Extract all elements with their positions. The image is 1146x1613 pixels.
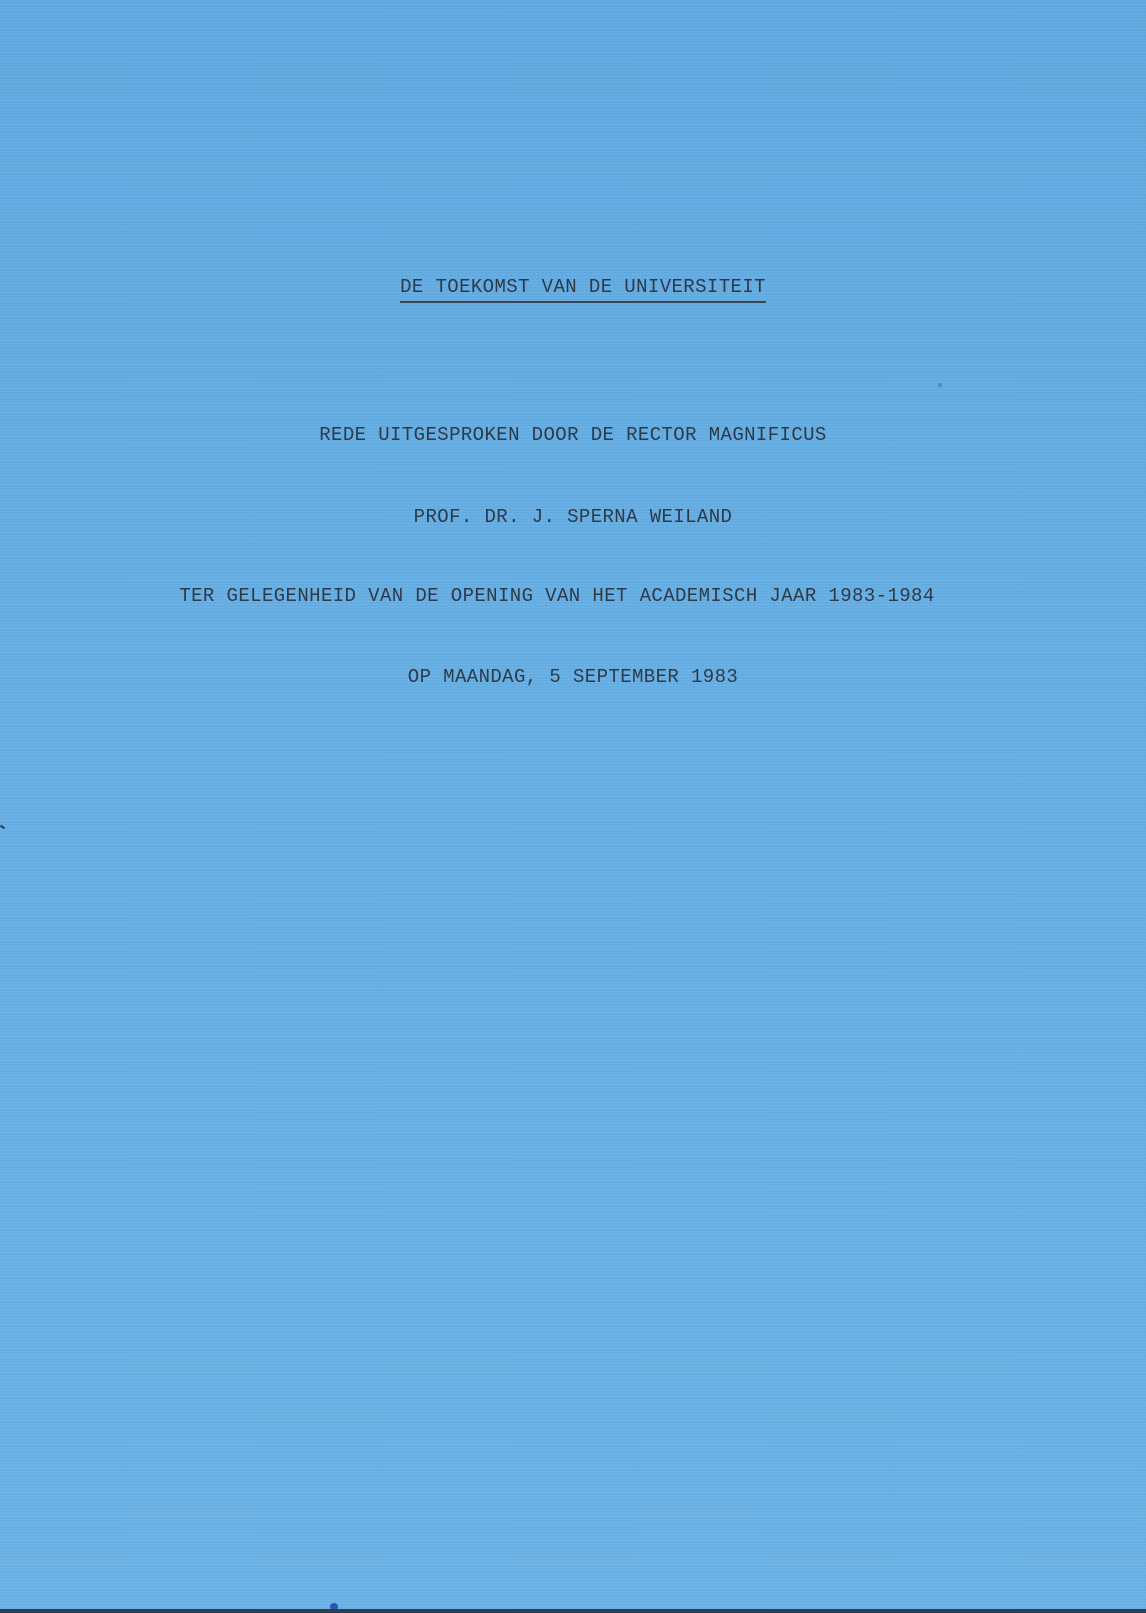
document-title: DE TOEKOMST VAN DE UNIVERSITEIT xyxy=(10,276,1146,303)
occasion: TER GELEGENHEID VAN DE OPENING VAN HET A… xyxy=(0,585,1130,607)
paper-speck xyxy=(938,383,942,387)
document-cover: DE TOEKOMST VAN DE UNIVERSITEIT REDE UIT… xyxy=(0,0,1146,1613)
edge-mark xyxy=(0,825,5,830)
cover-bottom-edge xyxy=(0,1609,1146,1613)
date: OP MAANDAG, 5 SEPTEMBER 1983 xyxy=(0,666,1146,688)
document-title-text: DE TOEKOMST VAN DE UNIVERSITEIT xyxy=(400,276,766,303)
speech-description: REDE UITGESPROKEN DOOR DE RECTOR MAGNIFI… xyxy=(0,424,1146,446)
speaker-name: PROF. DR. J. SPERNA WEILAND xyxy=(0,506,1146,528)
